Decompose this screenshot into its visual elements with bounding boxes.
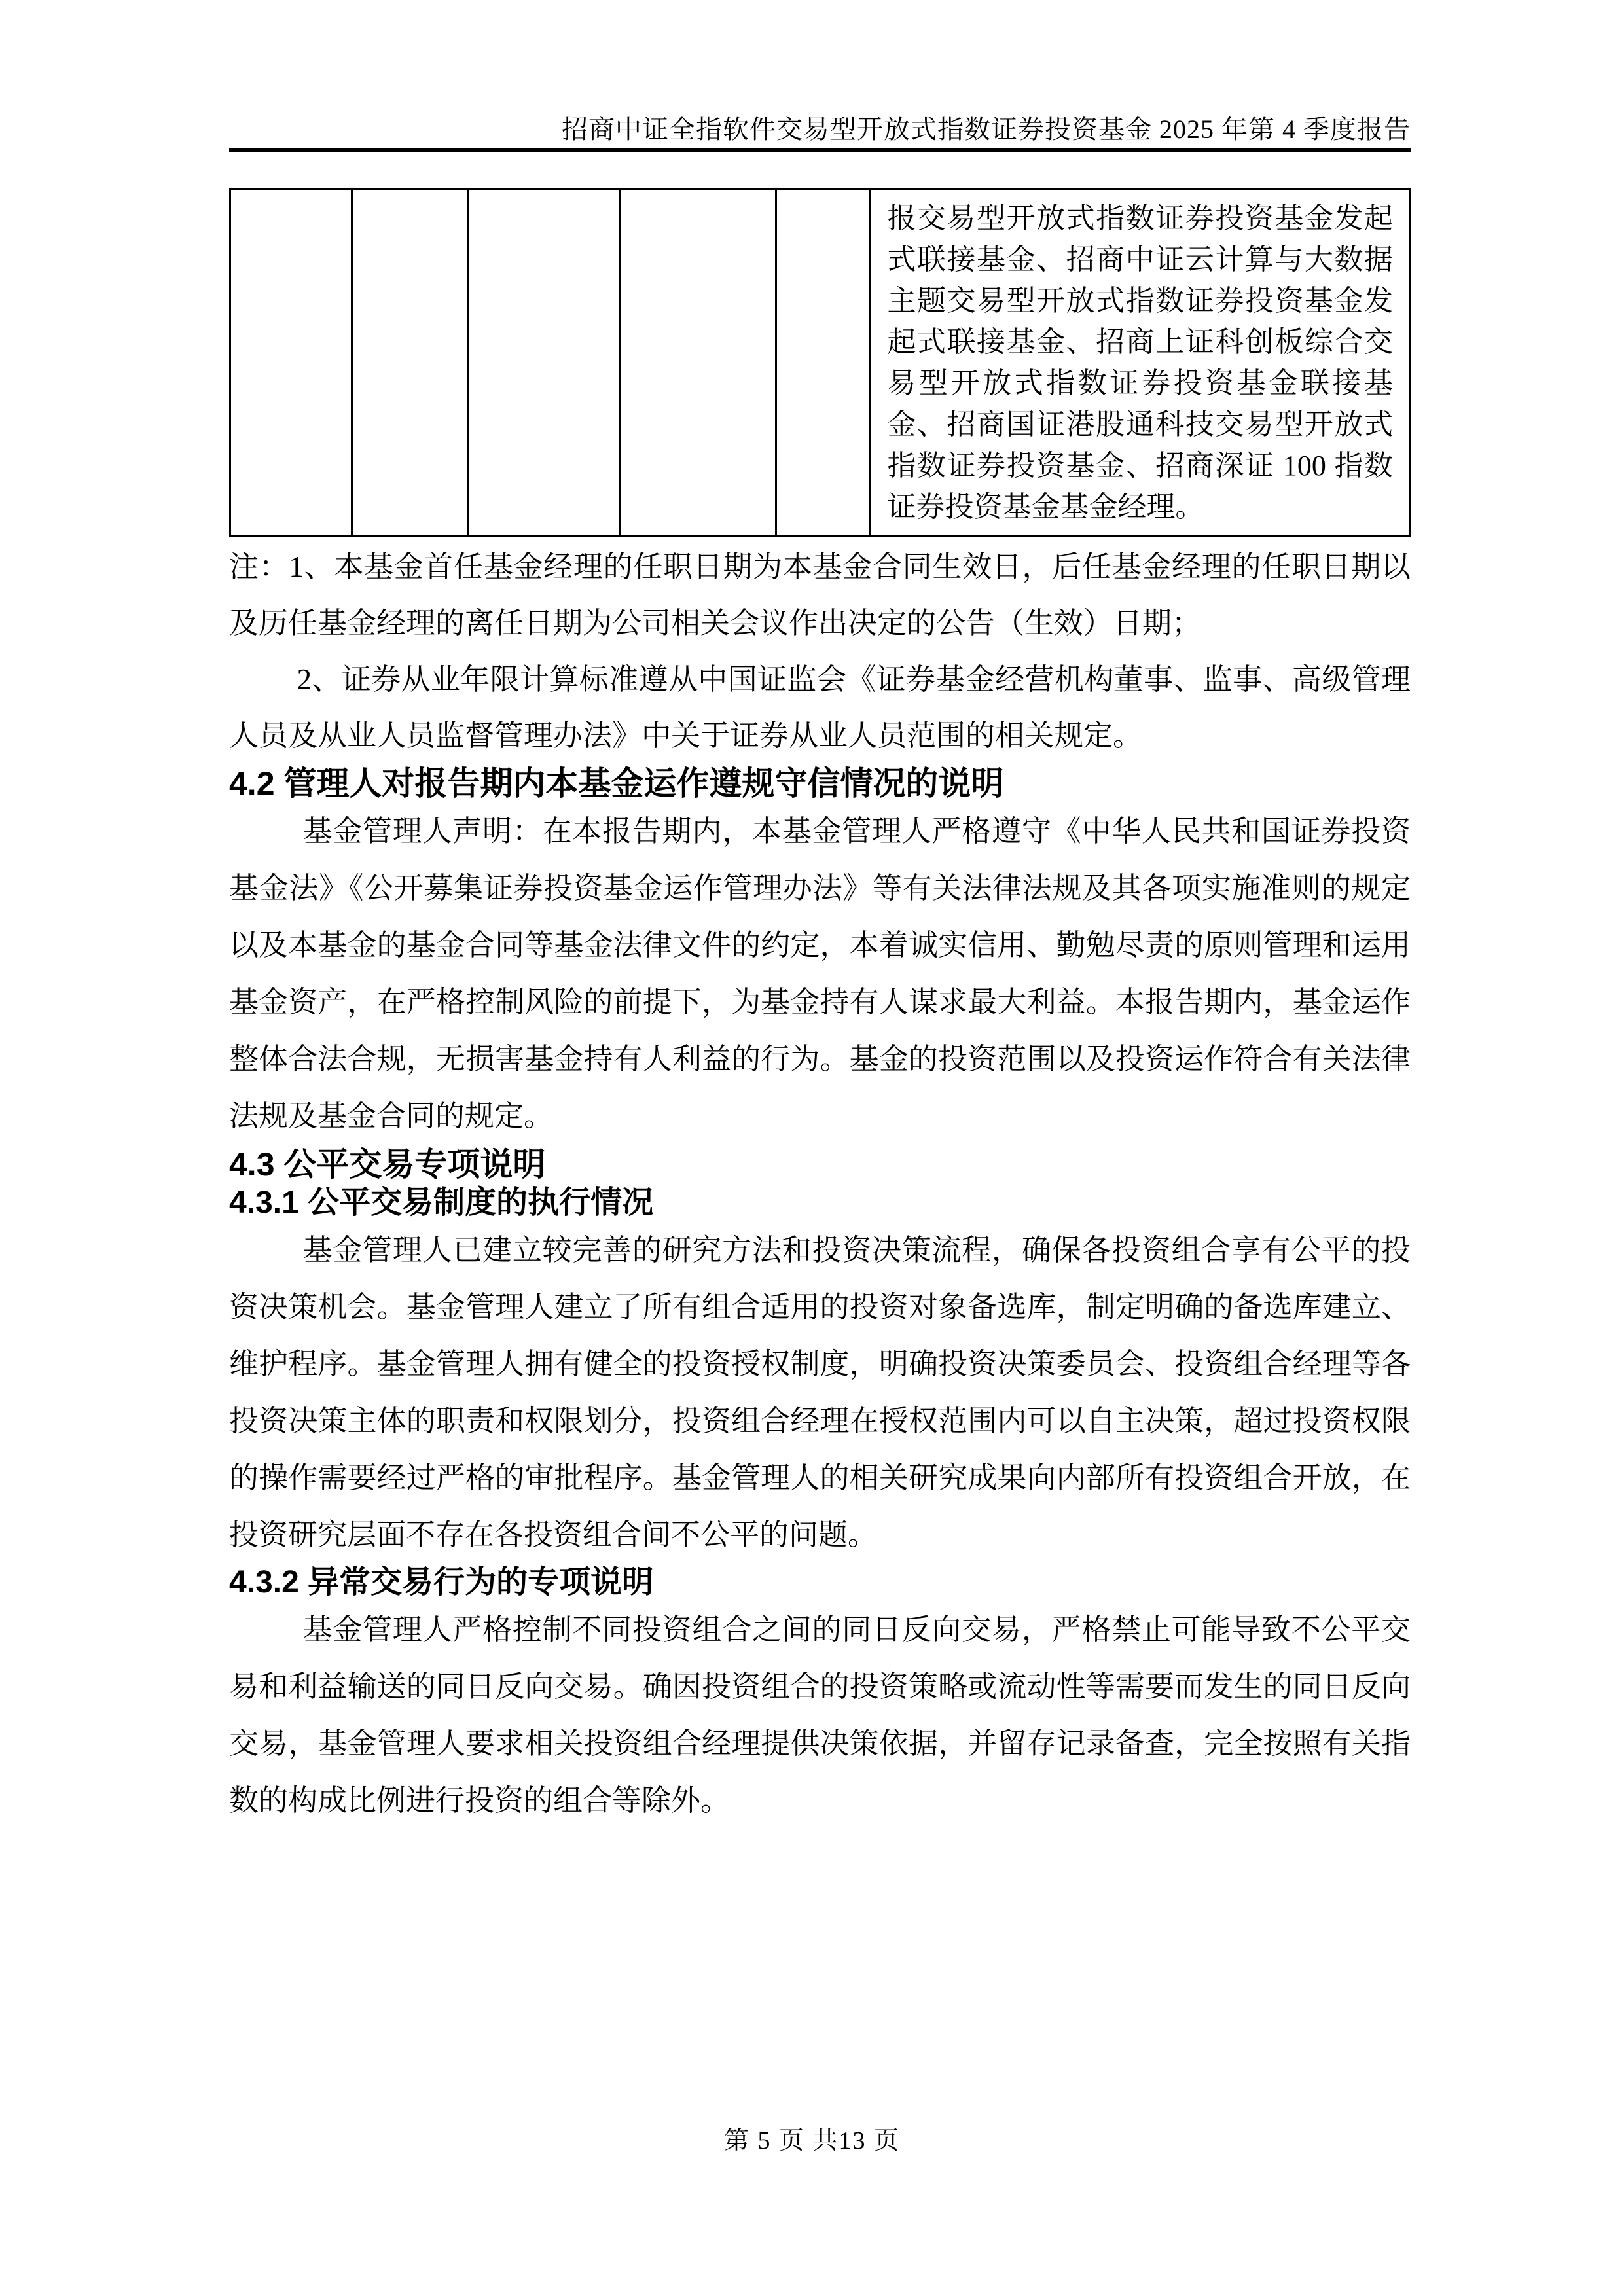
section-heading-4-3-2: 4.3.2 异常交易行为的专项说明: [229, 1564, 1411, 1602]
table-cell-4: [619, 190, 776, 536]
table-row: 报交易型开放式指数证券投资基金发起式联接基金、招商中证云计算与大数据主题交易型开…: [230, 190, 1410, 536]
section-heading-4-2: 4.2 管理人对报告期内本基金运作遵规守信情况的说明: [229, 764, 1411, 803]
page-number: 第 5 页 共13 页: [0, 2126, 1624, 2156]
table-cell-1: [230, 190, 352, 536]
section-4-3-1-paragraph: 基金管理人已建立较完善的研究方法和投资决策流程，确保各投资组合享有公平的投资决策…: [229, 1222, 1411, 1564]
section-4-3-2-paragraph: 基金管理人严格控制不同投资组合之间的同日反向交易，严格禁止可能导致不公平交易和利…: [229, 1602, 1411, 1829]
page-header: 招商中证全指软件交易型开放式指数证券投资基金 2025 年第 4 季度报告: [229, 0, 1411, 152]
table-note-1: 注：1、本基金首任基金经理的任职日期为本基金合同生效日，后任基金经理的任职日期以…: [229, 539, 1411, 651]
section-heading-4-3: 4.3 公平交易专项说明: [229, 1145, 1411, 1184]
table-cell-manager-funds: 报交易型开放式指数证券投资基金发起式联接基金、招商中证云计算与大数据主题交易型开…: [871, 190, 1410, 536]
report-page: 招商中证全指软件交易型开放式指数证券投资基金 2025 年第 4 季度报告 报交…: [0, 0, 1624, 2296]
report-title: 招商中证全指软件交易型开放式指数证券投资基金 2025 年第 4 季度报告: [229, 115, 1411, 144]
fund-manager-table: 报交易型开放式指数证券投资基金发起式联接基金、招商中证云计算与大数据主题交易型开…: [229, 188, 1411, 537]
section-heading-4-3-1: 4.3.1 公平交易制度的执行情况: [229, 1184, 1411, 1222]
table-cell-2: [352, 190, 468, 536]
table-note-2: 2、证券从业年限计算标准遵从中国证监会《证券基金经营机构董事、监事、高级管理人员…: [229, 651, 1411, 764]
table-cell-3: [468, 190, 619, 536]
header-rule: [229, 148, 1411, 152]
section-4-2-paragraph: 基金管理人声明：在本报告期内，本基金管理人严格遵守《中华人民共和国证券投资基金法…: [229, 803, 1411, 1145]
table-cell-5: [776, 190, 871, 536]
